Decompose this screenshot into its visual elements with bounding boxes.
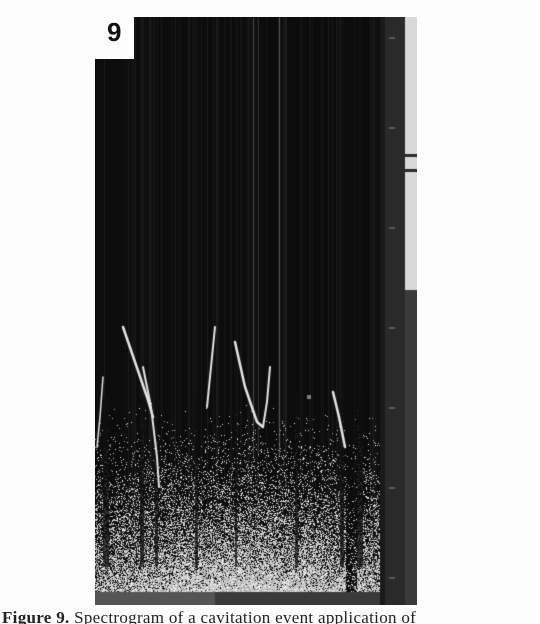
figure-caption: Figure 9. Spectrogram of a cavitation ev… <box>2 608 416 624</box>
caption-text: Spectrogram of a cavitation event applic… <box>74 608 416 624</box>
spectrogram <box>95 17 417 605</box>
caption-label: Figure 9. <box>2 608 70 624</box>
figure-number-box: 9 <box>93 15 134 59</box>
spectrogram-canvas <box>95 17 417 605</box>
figure-9: 9 <box>95 17 417 605</box>
figure-number: 9 <box>107 19 121 45</box>
